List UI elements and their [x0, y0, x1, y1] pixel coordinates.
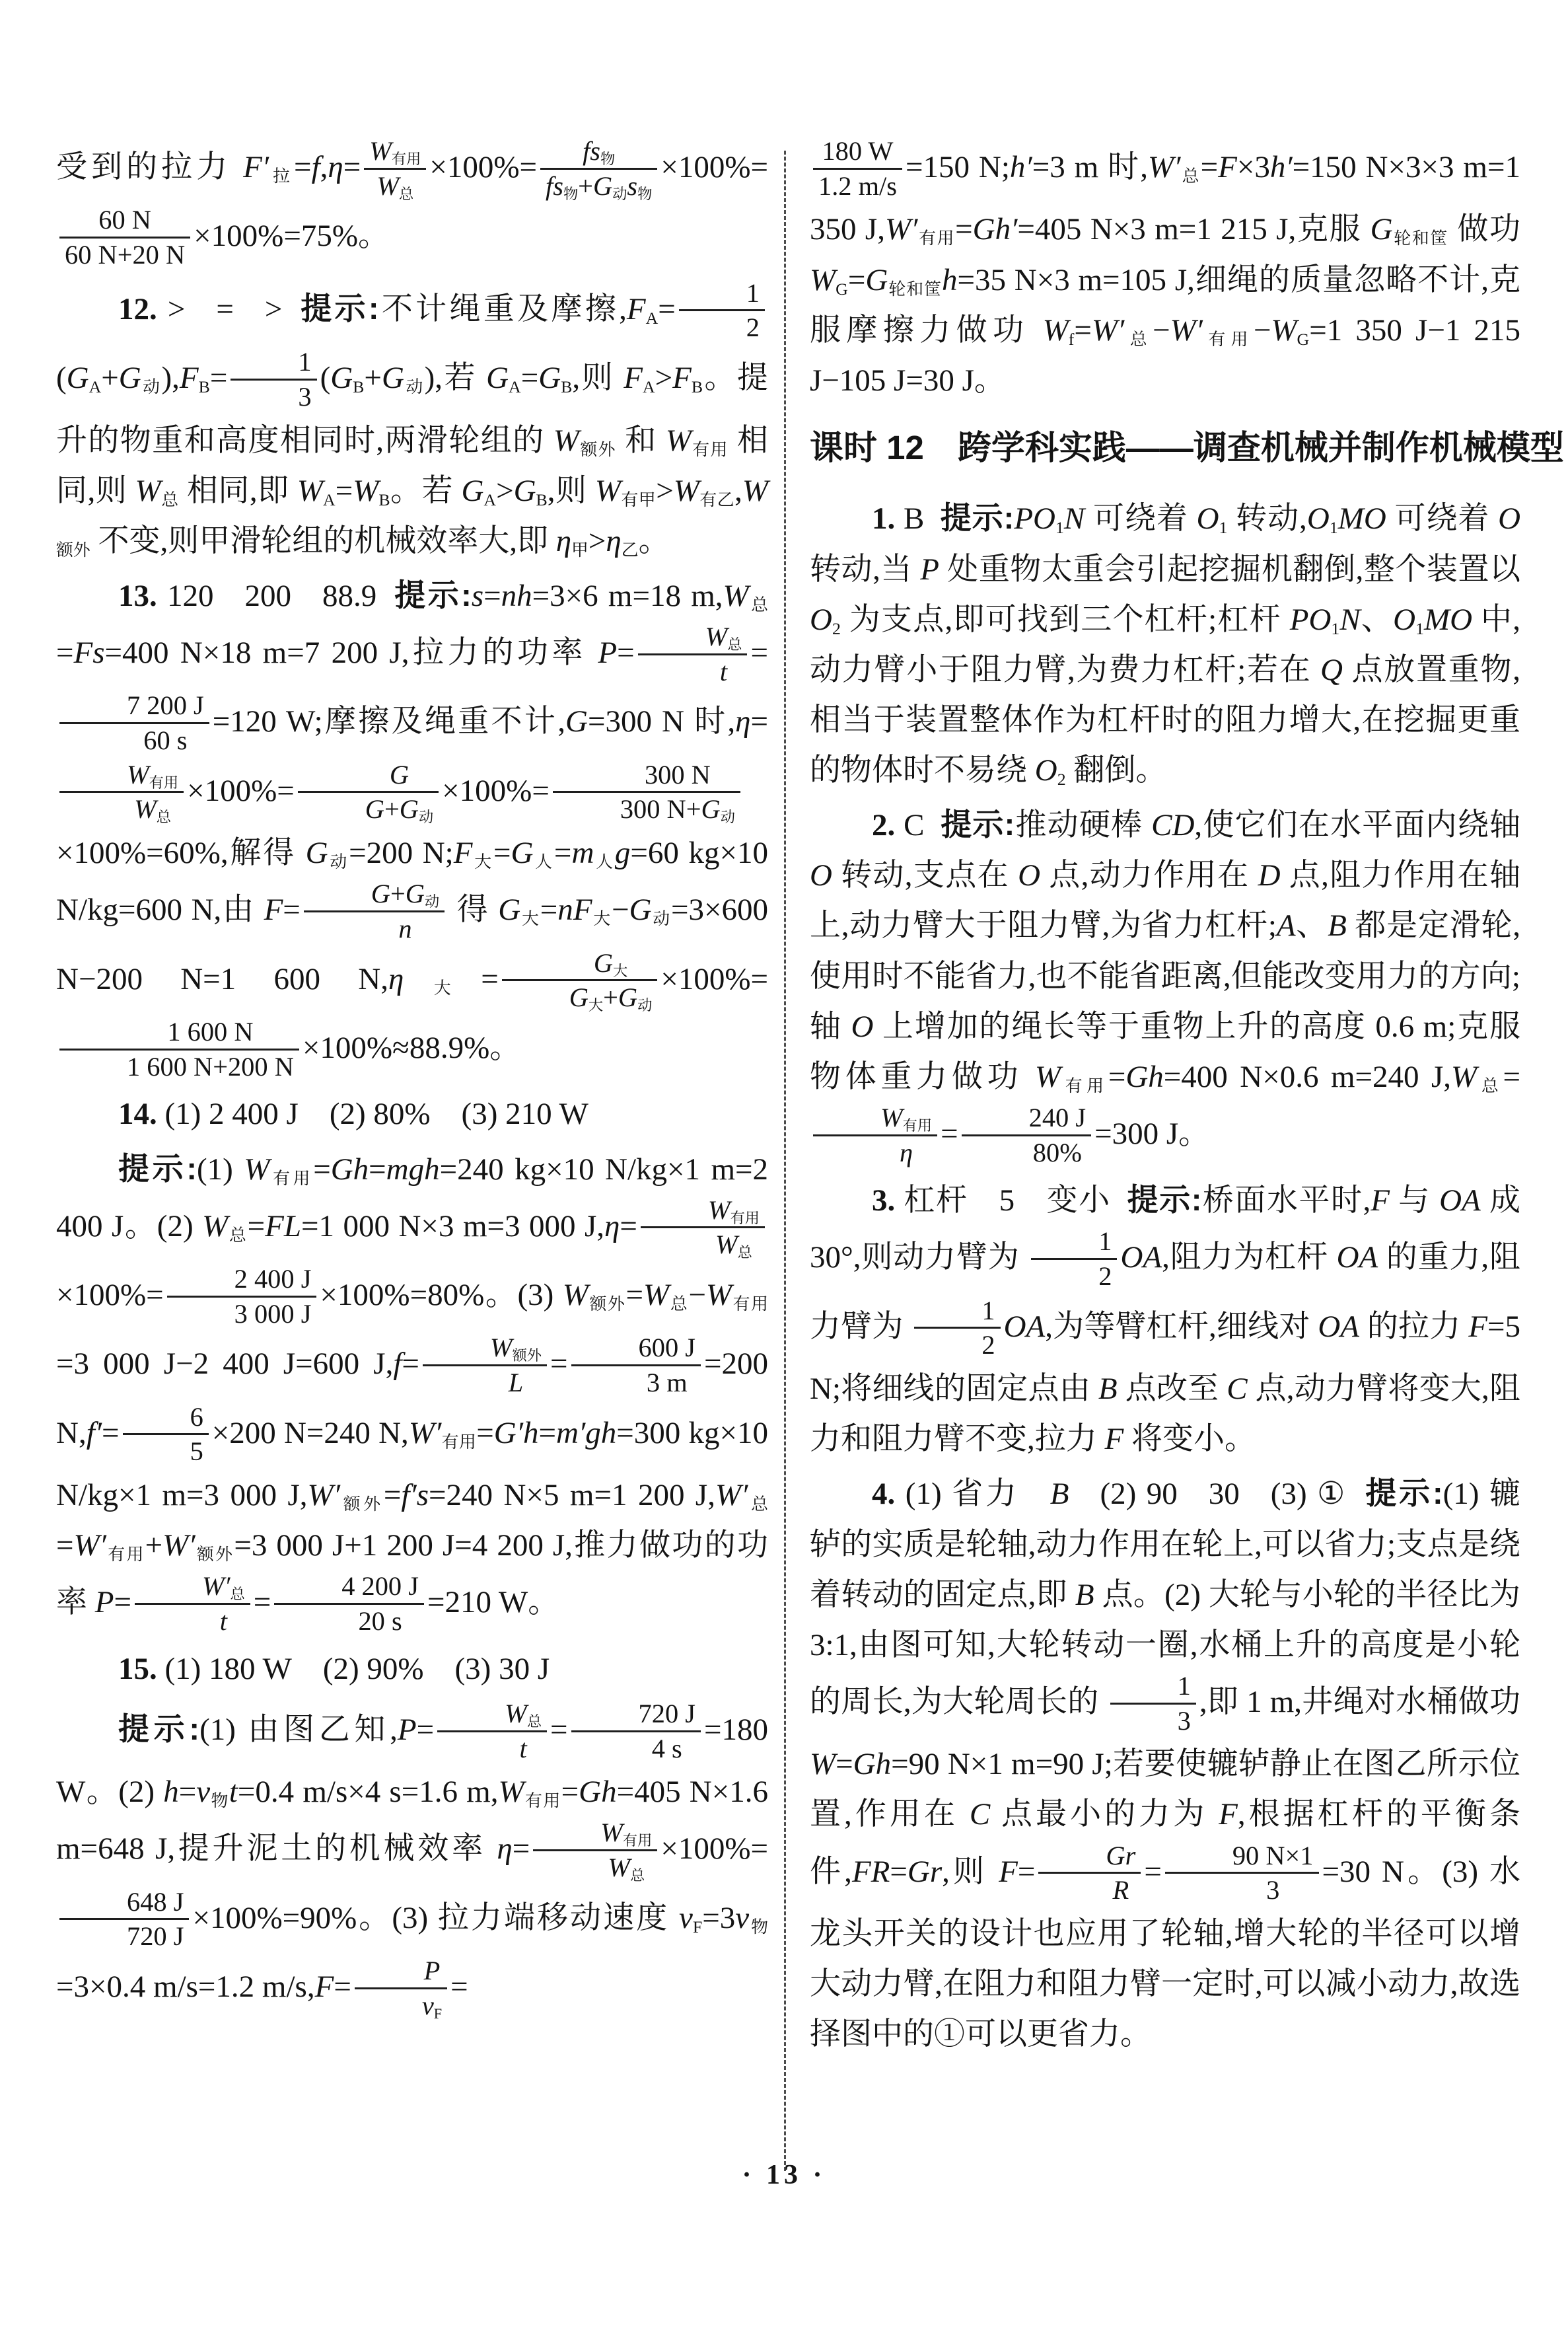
math-variable: W [674, 474, 699, 508]
fraction-numerator: Gr [1038, 1840, 1141, 1874]
math-variable: h [163, 1775, 179, 1809]
math-variable: mgh [386, 1152, 440, 1187]
question-number: 14. [118, 1097, 157, 1131]
math-subscript: 有用 [149, 774, 178, 791]
fraction: G+G动n [304, 878, 445, 944]
fraction: 300 N300 N+G动 [553, 759, 740, 825]
math-subscript: 物 [637, 186, 652, 202]
math-variable: W [595, 474, 621, 508]
math-subscript: 总 [1477, 1076, 1503, 1095]
math-variable: W [810, 263, 836, 297]
math-subscript: 1 [1330, 519, 1338, 538]
question-number: 3. [872, 1183, 895, 1218]
math-variable: η [606, 524, 621, 558]
math-variable: Gh [579, 1775, 616, 1809]
fraction-numerator: W′总 [135, 1570, 250, 1605]
math-subscript: 2 [832, 619, 841, 638]
math-subscript: 1 [1055, 519, 1064, 538]
fraction-numerator: 240 J [962, 1102, 1091, 1136]
fraction: 4 200 J20 s [274, 1570, 424, 1637]
math-variable: W [742, 474, 768, 508]
hint-label: 提示: [118, 1711, 199, 1746]
fraction: 13 [231, 346, 316, 412]
fraction-denominator: G+G动 [298, 793, 439, 825]
math-subscript: 总 [228, 1226, 247, 1245]
math-variable: G [629, 893, 651, 927]
fraction-numerator: 720 J [571, 1698, 701, 1732]
math-variable: W [600, 1818, 623, 1847]
fraction-denominator: fs物+G动s物 [540, 170, 657, 202]
paragraph: 4. (1) 省力 B (2) 90 30 (3) ① 提示:(1) 辘轳的实质… [810, 1468, 1520, 2059]
math-variable: fs [583, 136, 600, 166]
math-subscript: 人 [594, 852, 615, 871]
math-variable: m [571, 836, 594, 870]
math-subscript: A [483, 490, 496, 509]
math-variable: F [627, 292, 646, 326]
paragraph: 180 W1.2 m/s=150 N;h′=3 m 时,W′总=F×3h′=15… [810, 135, 1520, 406]
math-variable: G [514, 474, 536, 508]
math-variable: η [604, 1209, 620, 1243]
fraction-numerator: 1 [679, 277, 765, 312]
math-subscript: 人 [533, 852, 554, 871]
fraction: W有用W总 [364, 135, 426, 202]
math-variable: P [920, 552, 939, 587]
math-variable: O [851, 1010, 873, 1044]
math-variable: n [398, 914, 411, 943]
math-variable: N [1339, 603, 1360, 637]
question-number: 1. [872, 501, 895, 536]
fraction: 12 [914, 1295, 1000, 1361]
math-variable: G [865, 263, 888, 297]
fraction-denominator: W总 [364, 170, 426, 202]
math-variable: W [666, 424, 692, 458]
fraction-denominator: η [813, 1136, 937, 1169]
math-variable: s [472, 579, 483, 613]
fraction-denominator: 20 s [274, 1605, 424, 1637]
math-variable: O [1393, 603, 1415, 637]
math-variable: η [735, 704, 750, 739]
math-variable: G [461, 474, 483, 508]
math-subscript: 物 [210, 1791, 229, 1810]
math-subscript: 有用 [692, 440, 729, 459]
math-variable: t [220, 1606, 227, 1636]
question-number: 15. [118, 1652, 157, 1686]
math-variable: G [371, 879, 390, 908]
math-variable: F [1468, 1310, 1487, 1344]
math-variable: G [498, 893, 520, 927]
math-variable: W′ [1092, 313, 1124, 348]
question-number: 2. [872, 808, 895, 842]
fraction-denominator: 720 J [59, 1920, 189, 1952]
fraction-numerator: 1 [231, 346, 316, 381]
math-variable: W′ [308, 1478, 340, 1512]
fraction: 90 N×13 [1165, 1840, 1319, 1906]
math-variable: h′ [1270, 150, 1293, 184]
fraction-numerator: 648 J [59, 1886, 189, 1921]
math-variable: η [900, 1138, 913, 1167]
math-variable: Gr [1106, 1841, 1135, 1870]
math-subscript: 有用 [524, 1791, 561, 1810]
math-variable: F [672, 361, 692, 395]
fraction: 600 J3 m [571, 1332, 701, 1398]
fraction-numerator: 6 [123, 1401, 209, 1436]
math-variable: Q [1320, 653, 1343, 687]
math-subscript: 轮和筐 [1393, 229, 1448, 248]
math-variable: m′gh [556, 1416, 616, 1450]
math-variable: OA [1318, 1310, 1359, 1344]
fraction: W有用W总 [641, 1195, 765, 1261]
math-variable: O [810, 603, 832, 637]
math-subscript: 甲 [571, 540, 588, 560]
fraction-numerator: 1 [914, 1295, 1000, 1329]
math-subscript: 动 [404, 377, 425, 396]
fraction: 240 J80% [962, 1102, 1091, 1168]
question-number: 12. [118, 292, 157, 326]
math-subscript: G [836, 279, 848, 299]
math-variable: OA [1439, 1183, 1481, 1218]
fraction-denominator: 80% [962, 1136, 1091, 1169]
math-variable: O [1035, 753, 1057, 788]
math-subscript: 有用 [392, 151, 421, 167]
math-variable: G [701, 794, 721, 824]
fraction: W额外L [423, 1332, 547, 1398]
math-subscript: 有用 [1203, 330, 1254, 349]
math-subscript: B [199, 377, 210, 396]
math-subscript: 有用 [903, 1117, 932, 1134]
fraction-denominator: W总 [641, 1228, 765, 1261]
fraction: W总t [437, 1698, 547, 1764]
math-variable: nF [557, 893, 592, 927]
math-subscript: 大 [404, 978, 481, 998]
math-variable: P [95, 1585, 114, 1619]
math-variable: W [353, 474, 378, 508]
math-variable: G [382, 361, 404, 395]
math-variable: F′ [243, 150, 269, 184]
math-variable: OA [1120, 1240, 1162, 1274]
fraction-denominator: 3 m [571, 1366, 701, 1399]
column-divider-dashed-line [784, 151, 786, 2171]
math-subscript: A [509, 377, 521, 396]
math-variable: B [1328, 908, 1347, 943]
fraction: PvF [355, 1955, 447, 2021]
hint-label: 提示: [1363, 1475, 1443, 1510]
math-subscript: A [643, 377, 655, 396]
math-variable: G [1371, 212, 1393, 246]
fraction: 2 400 J3 000 J [167, 1263, 317, 1329]
math-variable: W′ [202, 1571, 231, 1601]
math-variable: W [563, 1278, 588, 1312]
fraction-numerator: W额外 [423, 1332, 547, 1366]
fraction-numerator: G [298, 759, 439, 793]
math-variable: W [135, 474, 161, 508]
math-subscript: 总 [669, 1294, 688, 1313]
fraction-numerator: W总 [638, 621, 748, 655]
fraction-denominator: W总 [533, 1851, 657, 1884]
fraction-numerator: 1 [1110, 1670, 1196, 1705]
math-variable: W [376, 171, 399, 201]
math-variable: G [593, 171, 612, 201]
fraction-numerator: 60 N [59, 204, 190, 239]
paragraph: 受到的拉力 F′拉=f,η=W有用W总×100%=fs物fs物+G动s物×100… [56, 135, 768, 274]
math-variable: h [942, 263, 958, 297]
fraction-denominator: t [135, 1605, 250, 1637]
math-subscript: 总 [727, 636, 742, 653]
math-variable: v [679, 1901, 693, 1935]
math-subscript: 动 [637, 998, 652, 1014]
math-variable: C [970, 1797, 990, 1831]
math-subscript: 总 [230, 1586, 244, 1603]
math-variable: D [1258, 858, 1281, 893]
math-variable: η [556, 524, 571, 558]
fraction-denominator: W总 [59, 793, 184, 825]
math-subscript: A [646, 309, 659, 328]
math-variable: Fs [74, 636, 105, 670]
fraction-denominator: n [304, 912, 445, 945]
math-variable: f′s [401, 1478, 429, 1512]
math-subscript: 额外 [340, 1495, 384, 1514]
math-variable: W [880, 1103, 903, 1132]
math-variable: B [1050, 1477, 1069, 1511]
fraction-denominator: R [1038, 1874, 1141, 1906]
math-subscript: 额外 [56, 540, 90, 560]
fraction-denominator: 1.2 m/s [813, 170, 902, 202]
math-variable: t [519, 1734, 526, 1763]
math-variable: F [624, 361, 643, 395]
math-subscript: 2 [1057, 770, 1066, 789]
math-variable: P [398, 1713, 417, 1747]
math-variable: Gh [853, 1747, 891, 1781]
math-variable: F [1219, 1797, 1238, 1831]
math-subscript: 动 [141, 377, 162, 396]
fraction: W有用W总 [59, 759, 184, 825]
math-variable: W′ [74, 1528, 106, 1563]
math-variable: v [735, 1901, 749, 1935]
math-subscript: 轮和筐 [888, 279, 942, 299]
fraction-numerator: 300 N [553, 759, 740, 793]
math-subscript: 动 [651, 909, 671, 928]
fraction-denominator: t [638, 655, 748, 688]
math-variable: t [229, 1775, 238, 1809]
math-variable: v [422, 1991, 434, 2020]
math-variable: W [1035, 1060, 1061, 1094]
math-subscript: 大 [520, 909, 540, 928]
math-variable: G [400, 794, 419, 824]
math-subscript: 有用 [1061, 1076, 1108, 1095]
question-number: 13. [118, 579, 157, 613]
math-variable: Gh [1125, 1060, 1163, 1094]
math-subscript: 总 [1180, 166, 1200, 186]
hint-label: 提示: [940, 500, 1015, 535]
fraction-denominator: L [423, 1366, 547, 1399]
math-variable: A [1277, 908, 1296, 943]
math-variable: W [202, 1209, 228, 1243]
math-variable: R [1113, 1875, 1129, 1905]
math-subscript: 有用 [623, 1833, 652, 1849]
math-variable: W [715, 1230, 738, 1259]
math-variable: MO [1338, 501, 1386, 536]
page-number: · 13 · [0, 2159, 1568, 2191]
math-variable: s [627, 171, 637, 201]
math-variable: g [615, 836, 631, 870]
math-variable: B [1098, 1372, 1118, 1406]
math-variable: W [553, 424, 579, 458]
math-variable: W′ [1148, 150, 1180, 184]
math-subscript: 动 [328, 852, 349, 871]
math-subscript: 有乙 [699, 490, 734, 509]
math-variable: F [1218, 150, 1237, 184]
math-subscript: G [1297, 330, 1310, 349]
math-subscript: F [434, 2005, 442, 2022]
math-subscript: 额外 [579, 440, 616, 459]
fraction-denominator: 4 s [571, 1732, 701, 1765]
math-variable: Gh′ [973, 212, 1018, 246]
math-variable: G [330, 361, 353, 395]
math-variable: W [643, 1278, 669, 1312]
math-variable: O [1197, 501, 1219, 536]
fraction: W总t [638, 621, 748, 687]
fraction: W有用η [813, 1102, 937, 1168]
math-subscript: 动 [425, 893, 439, 910]
math-variable: PO [1014, 501, 1055, 536]
fraction: GrR [1038, 1840, 1141, 1906]
fraction: 7 200 J60 s [59, 690, 209, 756]
math-variable: W [498, 1775, 524, 1809]
fraction: 13 [1110, 1670, 1196, 1736]
math-variable: O [1498, 501, 1520, 536]
fraction-denominator: t [437, 1732, 547, 1765]
fraction-denominator: vF [355, 1989, 447, 2022]
fraction: fs物fs物+G动s物 [540, 135, 657, 202]
fraction: W有用W总 [533, 1817, 657, 1883]
math-variable: G [565, 704, 588, 739]
math-variable: Gh [331, 1152, 369, 1187]
math-subscript: 大 [588, 998, 603, 1014]
math-variable: η [497, 1831, 512, 1866]
math-subscript: 有用 [269, 1169, 313, 1188]
math-variable: W [297, 474, 323, 508]
math-subscript: 物 [600, 151, 615, 167]
fraction-numerator: 1 [1031, 1226, 1117, 1260]
math-subscript: 拉 [269, 166, 294, 186]
math-variable: fs [546, 171, 563, 201]
math-variable: OA [1337, 1240, 1378, 1274]
fraction-numerator: G+G动 [304, 878, 445, 912]
right-column: 180 W1.2 m/s=150 N;h′=3 m 时,W′总=F×3h′=15… [810, 135, 1520, 2063]
fraction: G大G大+G动 [502, 947, 658, 1014]
fraction-denominator: 5 [123, 1435, 209, 1467]
fraction-denominator: 2 [1031, 1260, 1117, 1292]
paragraph: 12. > = > 提示:不计绳重及摩擦,FA=12(GA+G动),FB=13(… [56, 277, 768, 566]
math-variable: C [1227, 1372, 1247, 1406]
math-variable: W [1271, 313, 1297, 348]
math-variable: t [720, 657, 727, 686]
math-subscript: 总 [399, 186, 413, 202]
math-subscript: 大 [472, 852, 493, 871]
math-subscript: 物 [563, 186, 578, 202]
fraction-denominator: 2 [679, 311, 765, 344]
math-subscript: f [1069, 330, 1075, 349]
fraction-numerator: 2 400 J [167, 1263, 317, 1298]
math-variable: N [1064, 501, 1085, 536]
math-subscript: 总 [157, 809, 171, 826]
math-subscript: 总 [630, 1867, 645, 1884]
math-subscript: 总 [749, 595, 768, 614]
math-variable: W [134, 794, 157, 824]
math-subscript: 总 [738, 1245, 752, 1261]
math-variable: W [706, 1278, 732, 1312]
math-subscript: 大 [613, 963, 627, 979]
fraction: 12 [679, 277, 765, 344]
fraction-numerator: W有用 [364, 135, 426, 170]
math-subscript: A [323, 490, 336, 509]
math-variable: F [180, 361, 199, 395]
math-variable: CD [1151, 808, 1194, 842]
math-variable: F [999, 1854, 1018, 1888]
math-subscript: 1 [1415, 619, 1424, 638]
paragraph: 提示:(1) W有用=Gh=mgh=240 kg×10 N/kg×1 m=2 4… [56, 1144, 768, 1640]
math-variable: B [1075, 1578, 1094, 1612]
section-heading: 课时 12 跨学科实践——调查机械并制作机械模型 [810, 423, 1520, 474]
math-variable: L [509, 1368, 523, 1397]
math-variable: W [1043, 313, 1069, 348]
fraction: 180 W1.2 m/s [813, 135, 902, 202]
paragraph: 15. (1) 180 W (2) 90% (3) 30 J [56, 1644, 768, 1694]
math-subscript: 额外 [588, 1294, 626, 1313]
math-variable: W [369, 136, 392, 166]
math-variable: Gr [908, 1854, 942, 1888]
fraction-numerator: 600 J [571, 1332, 701, 1366]
fraction: 65 [123, 1401, 209, 1467]
math-variable: W [1451, 1060, 1477, 1094]
math-subscript: 总 [161, 490, 179, 509]
math-variable: f [393, 1347, 402, 1381]
math-subscript: 动 [419, 809, 433, 826]
fraction-denominator: 3 [1165, 1874, 1319, 1906]
math-variable: f′ [87, 1416, 102, 1450]
fraction-denominator: 2 [914, 1329, 1000, 1361]
math-variable: G [538, 361, 561, 395]
math-subscript: 1 [1331, 619, 1339, 638]
paragraph: 14. (1) 2 400 J (2) 80% (3) 210 W [56, 1089, 768, 1139]
math-variable: v [196, 1775, 210, 1809]
math-variable: FR [852, 1854, 890, 1888]
math-variable: W′ [885, 212, 917, 246]
fraction-numerator: W有用 [641, 1195, 765, 1229]
left-column: 受到的拉力 F′拉=f,η=W有用W总×100%=fs物fs物+G动s物×100… [56, 135, 768, 2028]
math-variable: f [312, 150, 320, 184]
fraction: 720 J4 s [571, 1698, 701, 1764]
math-variable: G′h [494, 1416, 539, 1450]
math-variable: G [67, 361, 89, 395]
math-subscript: 物 [749, 1917, 768, 1937]
fraction-denominator: 1 600 N+200 N [59, 1051, 299, 1083]
math-variable: P [424, 1956, 441, 1985]
fraction-numerator: 90 N×1 [1165, 1840, 1319, 1874]
hint-label: 提示: [118, 1151, 197, 1186]
math-variable: FL [265, 1209, 301, 1243]
hint-label: 提示: [392, 577, 472, 612]
fraction: GG+G动 [298, 759, 439, 825]
math-subscript: 乙 [622, 540, 639, 560]
fraction-numerator: W有用 [533, 1817, 657, 1851]
math-variable: h′ [1010, 150, 1032, 184]
math-subscript: 动 [721, 809, 735, 826]
fraction-numerator: 7 200 J [59, 690, 209, 724]
math-subscript: 有用 [917, 229, 955, 248]
fraction-denominator: 3 [1110, 1705, 1196, 1737]
fraction: 12 [1031, 1226, 1117, 1292]
math-variable: G [618, 982, 637, 1012]
